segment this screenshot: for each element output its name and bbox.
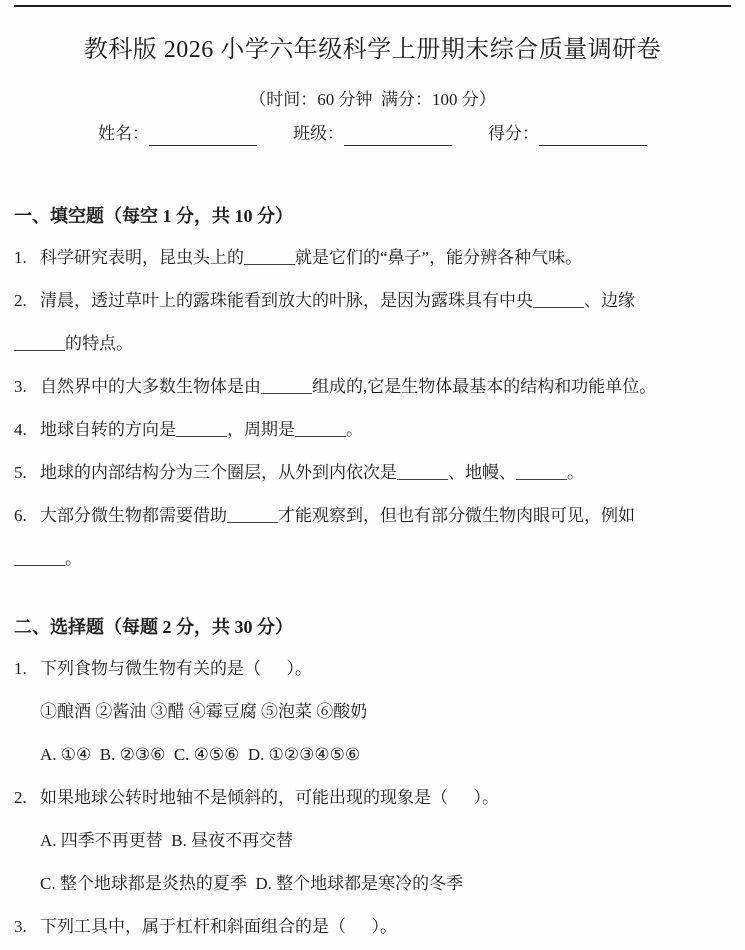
question-continuation-line: ______。 xyxy=(14,548,731,569)
exam-time-score-subtitle: （时间：60 分钟 满分：100 分） xyxy=(14,88,731,112)
question-continuation-line: ______的特点。 xyxy=(14,333,731,354)
question-line: 2. 如果地球公转时地轴不是倾斜的，可能出现的现象是（ ）。 xyxy=(14,787,731,808)
question-text: 地球自转的方向是______，周期是______。 xyxy=(40,419,363,440)
section-2-heading: 二、选择题（每题 2 分，共 30 分） xyxy=(14,615,731,640)
score-field: 得分： xyxy=(488,122,647,146)
class-label: 班级： xyxy=(293,122,344,146)
question-line: 3. 自然界中的大多数生物体是由______组成的,它是生物体最基本的结构和功能… xyxy=(14,376,731,397)
question-text: 下列食物与微生物有关的是（ ）。 xyxy=(40,658,312,679)
question-number: 3. xyxy=(14,916,40,937)
question-number: 6. xyxy=(14,505,40,526)
question-line: 4. 地球自转的方向是______，周期是______。 xyxy=(14,419,731,440)
choice-options-line: A. 四季不再更替 B. 昼夜不再交替 xyxy=(14,830,731,851)
top-divider xyxy=(14,5,731,7)
question-number: 4. xyxy=(14,419,40,440)
question-line: 1. 科学研究表明，昆虫头上的______就是它们的“鼻子”，能分辨各种气味。 xyxy=(14,247,731,268)
exam-paper-page: 教科版 2026 小学六年级科学上册期末综合质量调研卷 （时间：60 分钟 满分… xyxy=(0,5,745,950)
question-number: 1. xyxy=(14,658,40,679)
question-text: ______的特点。 xyxy=(14,333,133,354)
page-title: 教科版 2026 小学六年级科学上册期末综合质量调研卷 xyxy=(14,33,731,67)
question-line: 6. 大部分微生物都需要借助______才能观察到，但也有部分微生物肉眼可见，例… xyxy=(14,505,731,526)
question-text: ______。 xyxy=(14,548,82,569)
choice-options-line: C. 整个地球都是炎热的夏季 D. 整个地球都是寒冷的冬季 xyxy=(14,873,731,894)
question-text: 大部分微生物都需要借助______才能观察到，但也有部分微生物肉眼可见，例如 xyxy=(40,505,635,526)
choice-options-line: ①酿酒 ②酱油 ③醋 ④霉豆腐 ⑤泡菜 ⑥酸奶 xyxy=(14,701,731,722)
choice-options-text: A. ①④ B. ②③⑥ C. ④⑤⑥ D. ①②③④⑤⑥ xyxy=(40,744,360,765)
question-number: 5. xyxy=(14,462,40,483)
class-blank-line xyxy=(344,126,452,146)
choice-options-text: A. 四季不再更替 B. 昼夜不再交替 xyxy=(40,830,293,851)
question-number: 2. xyxy=(14,290,40,311)
question-text: 如果地球公转时地轴不是倾斜的，可能出现的现象是（ ）。 xyxy=(40,787,499,808)
question-line: 1. 下列食物与微生物有关的是（ ）。 xyxy=(14,658,731,679)
name-blank-line xyxy=(149,126,257,146)
question-line: 2. 清晨，透过草叶上的露珠能看到放大的叶脉，是因为露珠具有中央______、边… xyxy=(14,290,731,311)
name-field: 姓名： xyxy=(98,122,257,146)
section-1-heading: 一、填空题（每空 1 分，共 10 分） xyxy=(14,204,731,229)
question-number: 1. xyxy=(14,247,40,268)
score-label: 得分： xyxy=(488,122,539,146)
class-field: 班级： xyxy=(293,122,452,146)
name-label: 姓名： xyxy=(98,122,149,146)
question-number: 2. xyxy=(14,787,40,808)
choice-options-text: ①酿酒 ②酱油 ③醋 ④霉豆腐 ⑤泡菜 ⑥酸奶 xyxy=(40,701,367,722)
score-blank-line xyxy=(539,126,647,146)
question-text: 下列工具中，属于杠杆和斜面组合的是（ ）。 xyxy=(40,916,397,937)
question-line: 5. 地球的内部结构分为三个圈层，从外到内依次是______、地幔、______… xyxy=(14,462,731,483)
question-text: 清晨，透过草叶上的露珠能看到放大的叶脉，是因为露珠具有中央______、边缘 xyxy=(40,290,635,311)
question-text: 地球的内部结构分为三个圈层，从外到内依次是______、地幔、______。 xyxy=(40,462,584,483)
question-number: 3. xyxy=(14,376,40,397)
choice-options-text: C. 整个地球都是炎热的夏季 D. 整个地球都是寒冷的冬季 xyxy=(40,873,463,894)
question-line: 3. 下列工具中，属于杠杆和斜面组合的是（ ）。 xyxy=(14,916,731,937)
question-text: 科学研究表明，昆虫头上的______就是它们的“鼻子”，能分辨各种气味。 xyxy=(40,247,582,268)
question-text: 自然界中的大多数生物体是由______组成的,它是生物体最基本的结构和功能单位。 xyxy=(40,376,656,397)
choice-options-line: A. ①④ B. ②③⑥ C. ④⑤⑥ D. ①②③④⑤⑥ xyxy=(14,744,731,765)
student-info-row: 姓名： 班级： 得分： xyxy=(14,122,731,146)
